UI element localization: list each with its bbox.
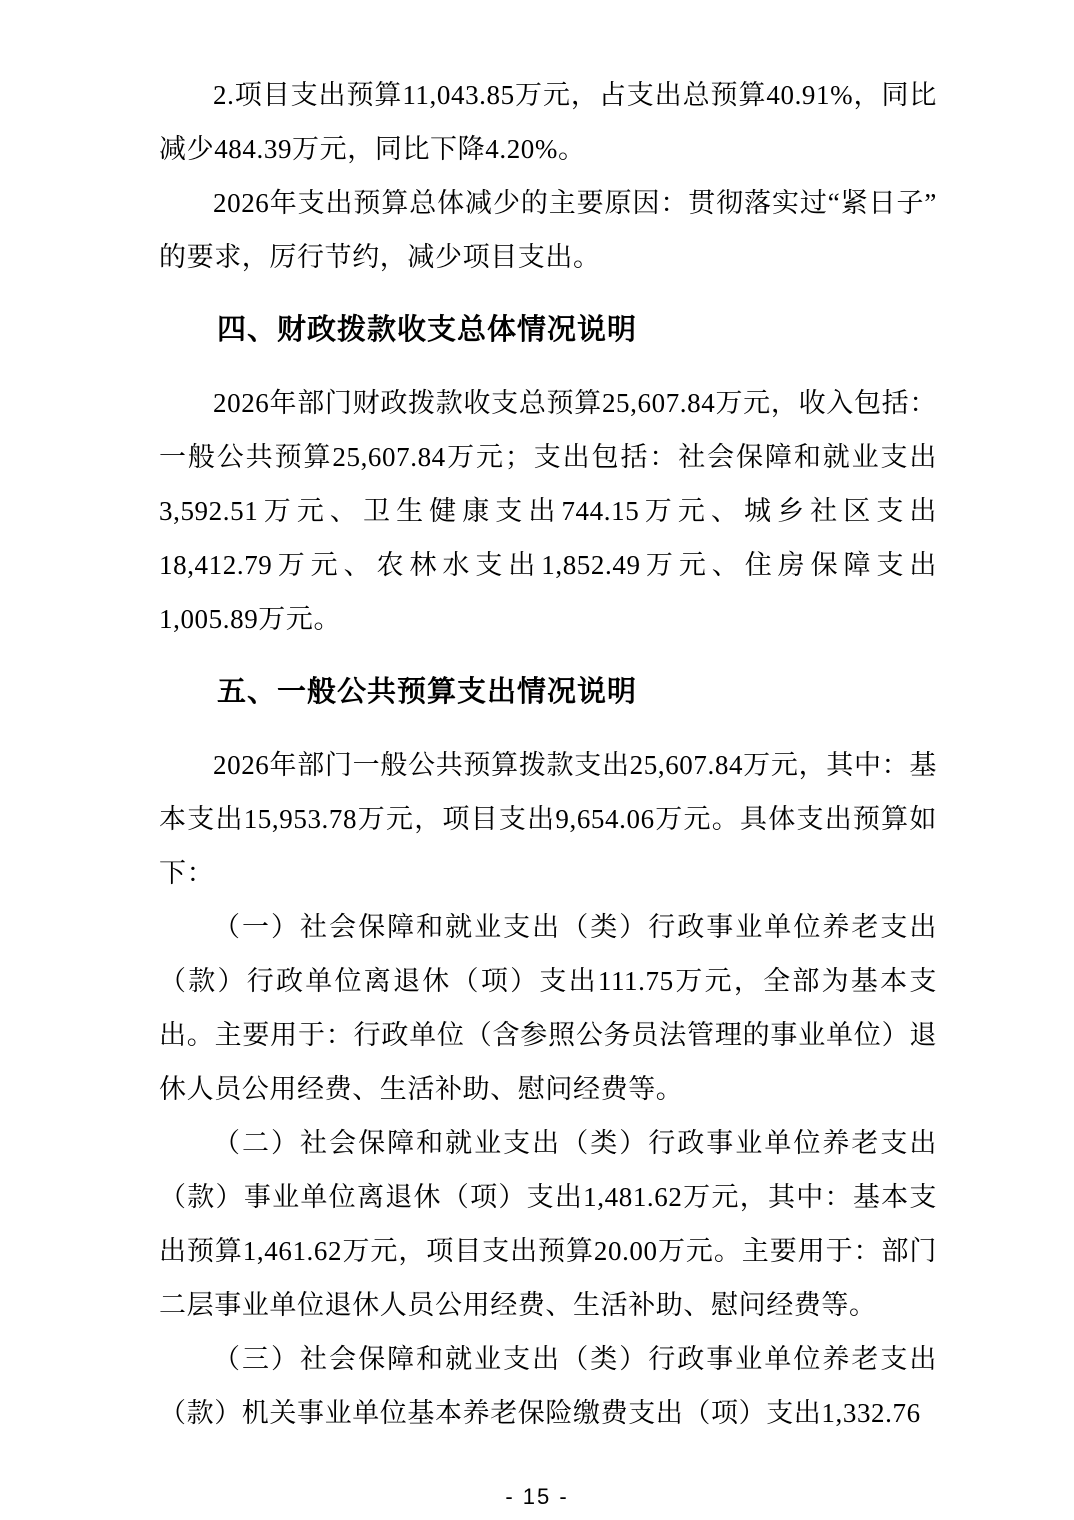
document-page: 2.项目支出预算11,043.85万元，占支出总预算40.91%，同比减少484…	[0, 0, 1074, 1520]
paragraph-item-3: （三）社会保障和就业支出（类）行政事业单位养老支出（款）机关事业单位基本养老保险…	[159, 1332, 937, 1440]
section-heading-general-public-budget: 五、一般公共预算支出情况说明	[159, 665, 937, 719]
page-number: - 15 -	[0, 1484, 1074, 1510]
paragraph-fiscal-appropriation-total: 2026年部门财政拨款收支总预算25,607.84万元，收入包括：一般公共预算2…	[159, 376, 937, 646]
paragraph-item-1: （一）社会保障和就业支出（类）行政事业单位养老支出（款）行政单位离退休（项）支出…	[159, 900, 937, 1116]
paragraph-project-expense: 2.项目支出预算11,043.85万元，占支出总预算40.91%，同比减少484…	[159, 68, 937, 176]
paragraph-general-budget-total: 2026年部门一般公共预算拨款支出25,607.84万元，其中：基本支出15,9…	[159, 738, 937, 900]
document-content: 2.项目支出预算11,043.85万元，占支出总预算40.91%，同比减少484…	[159, 68, 937, 1440]
paragraph-decrease-reason: 2026年支出预算总体减少的主要原因：贯彻落实过“紧日子”的要求，厉行节约，减少…	[159, 176, 937, 284]
paragraph-item-2: （二）社会保障和就业支出（类）行政事业单位养老支出（款）事业单位离退休（项）支出…	[159, 1116, 937, 1332]
section-heading-fiscal-appropriation: 四、财政拨款收支总体情况说明	[159, 303, 937, 357]
